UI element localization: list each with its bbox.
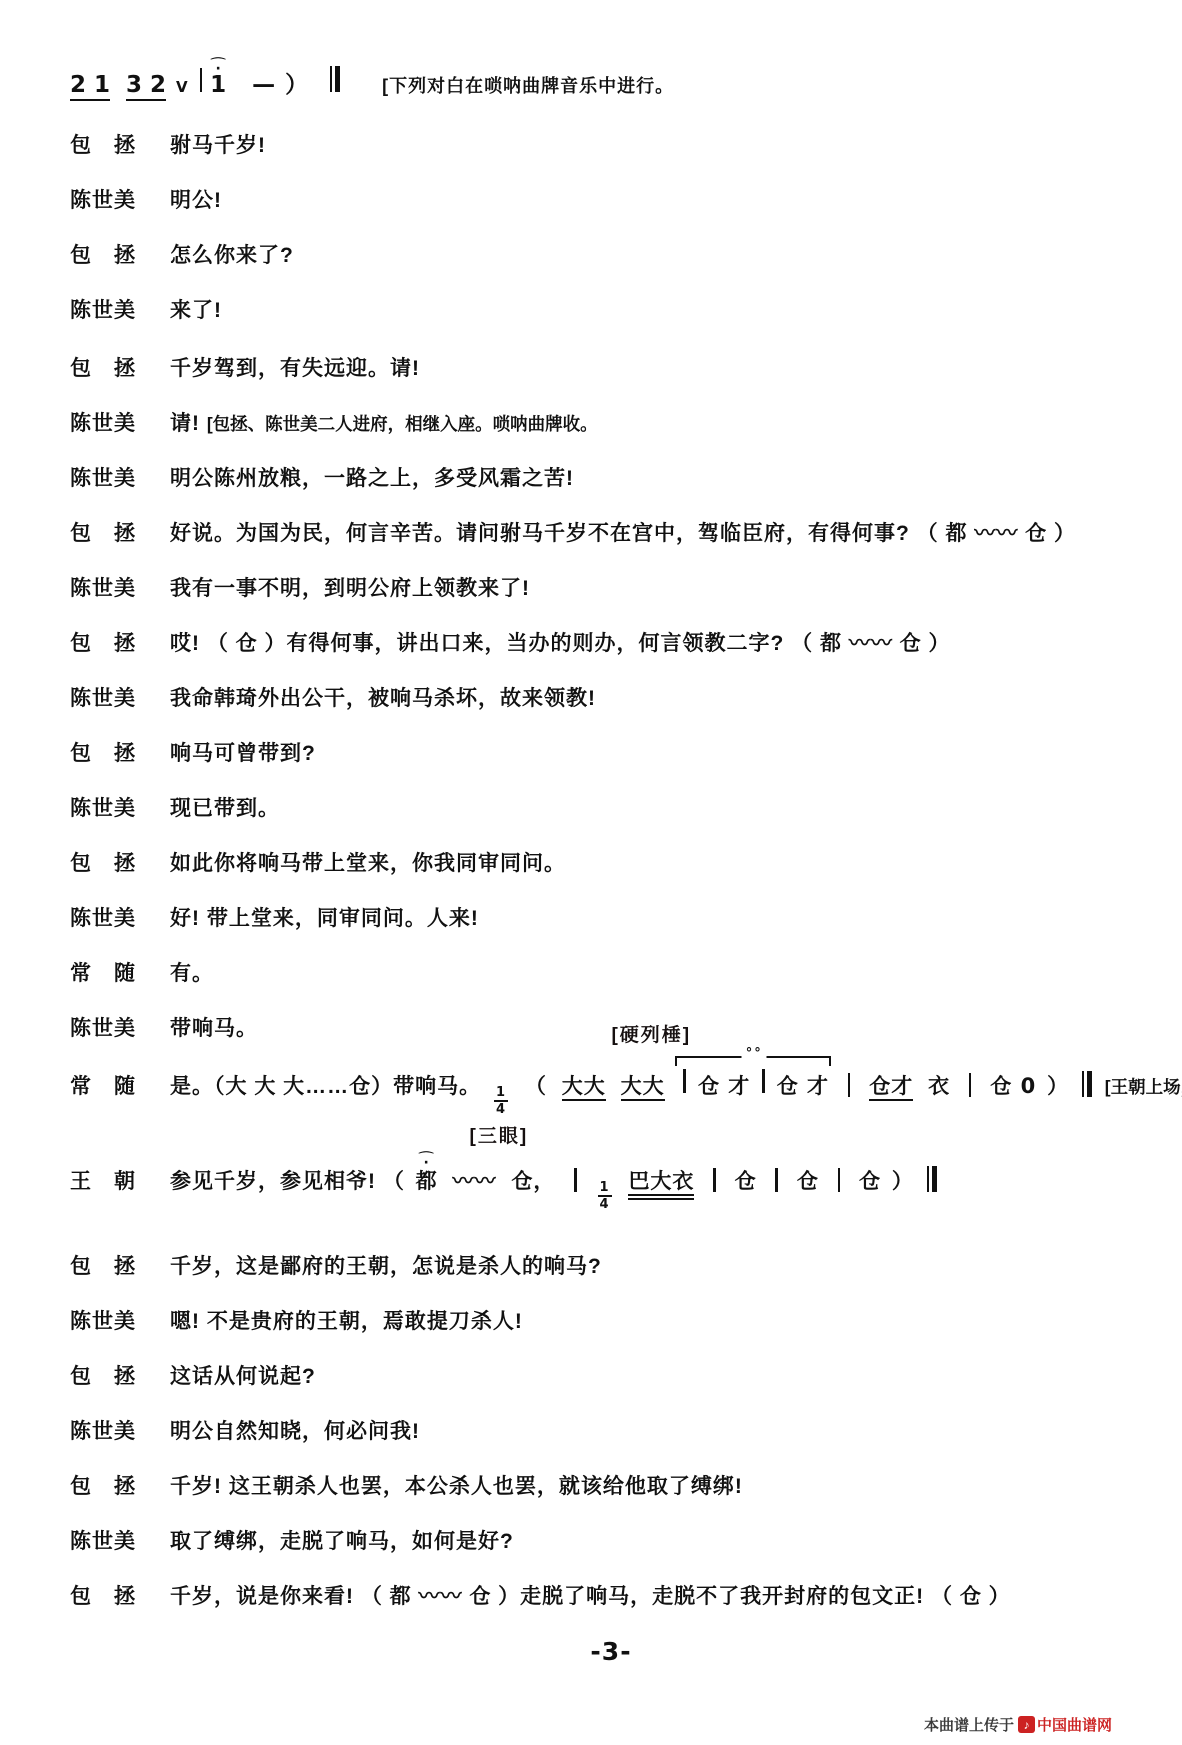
repeat-bracket-group: °° [硬列棰] 仓 才 仓 才 xyxy=(675,1069,833,1101)
dialogue-text: 我命韩琦外出公干，被响马杀坏，故来领教! xyxy=(170,684,596,714)
speaker-name: 陈世美 xyxy=(70,1014,170,1044)
page-number: -3- xyxy=(70,1637,1152,1666)
dialogue-text-part: 参见千岁，参见相爷! （ xyxy=(170,1170,405,1193)
music-dialogue-row: 常 随 是。（大 大 大……仓）带响马。 1 4 （ 大大 大大 °° [硬列棰… xyxy=(70,1069,1152,1116)
speaker-name: 陈世美 xyxy=(70,1307,170,1337)
dialogue-row: 包 拯 怎么你来了? xyxy=(70,241,1152,271)
dialogue-text: 明公陈州放粮，一路之上，多受风霜之苦! xyxy=(170,464,574,494)
dialogue-row: 包 拯 驸马千岁! xyxy=(70,131,1152,161)
dialogue-text: 驸马千岁! xyxy=(170,131,266,161)
barline-icon xyxy=(683,1069,686,1093)
speaker-name: 包 拯 xyxy=(70,1582,170,1612)
barline-icon xyxy=(838,1168,841,1192)
speaker-name: 包 拯 xyxy=(70,1472,170,1502)
dialogue-row: 包 拯 哎! （ 仓 ）有得何事，讲出口来，当办的则办，何言领教二字? （ 都 … xyxy=(70,629,1152,659)
open-paren: （ xyxy=(525,1074,547,1098)
percussion-beat: 大大 xyxy=(621,1074,665,1101)
fermata-dot-icon: · xyxy=(424,1156,430,1170)
qupu-logo-icon: ♪ xyxy=(1018,1716,1035,1733)
held-syllable: ⌒ · 都 xyxy=(416,1166,438,1196)
speaker-name: 陈世美 xyxy=(70,1417,170,1447)
close-paren: ） xyxy=(892,1170,914,1193)
dialogue-text: 带响马。 xyxy=(170,1014,258,1044)
speaker-name: 包 拯 xyxy=(70,849,170,879)
dialogue-row: 包 拯 千岁! 这王朝杀人也罢，本公杀人也罢，就该给他取了缚绑! xyxy=(70,1472,1152,1502)
dialogue-row: 陈世美 现已带到。 xyxy=(70,794,1152,824)
dialogue-text: 怎么你来了? xyxy=(170,241,294,271)
dialogue-text: 千岁，说是你来看! （ 都 〰〰 仓 ）走脱了响马，走脱不了我开封府的包文正! … xyxy=(170,1582,1011,1612)
barline-icon xyxy=(713,1168,716,1192)
dialogue-row: 包 拯 千岁，说是你来看! （ 都 〰〰 仓 ）走脱了响马，走脱不了我开封府的包… xyxy=(70,1582,1152,1612)
percussion-beat: 仓 才 xyxy=(777,1071,829,1101)
sheet-music-page: 2 1 3 2 V ⌒ · 1 — ） [下列对白在唢呐曲牌音乐中进行。 包 拯… xyxy=(0,0,1182,1745)
measure-group: [三眼] 1 4 巴大衣 xyxy=(592,1166,699,1211)
dialogue-row: 包 拯 千岁，这是鄙府的王朝，怎说是杀人的响马? xyxy=(70,1252,1152,1282)
notation-notes: 2 1 xyxy=(70,72,110,101)
dialogue-row: 陈世美 明公陈州放粮，一路之上，多受风霜之苦! xyxy=(70,464,1152,494)
speaker-name: 包 拯 xyxy=(70,1362,170,1392)
duration-dash: — xyxy=(252,72,275,98)
dialogue-row: 陈世美 请! [包拯、陈世美二人进府，相继入座。唢呐曲牌收。 xyxy=(70,409,1152,439)
percussion-beat: 仓 xyxy=(797,1169,819,1193)
speaker-name: 常 随 xyxy=(70,959,170,989)
pattern-label: [三眼] xyxy=(470,1122,529,1152)
dialogue-row: 包 拯 好说。为国为民，何言辛苦。请问驸马千岁不在宫中，驾临臣府，有得何事? （… xyxy=(70,519,1152,549)
dialogue-text: 响马可曾带到? xyxy=(170,739,316,769)
speaker-name: 包 拯 xyxy=(70,739,170,769)
barline-icon xyxy=(762,1069,765,1093)
dialogue-row: 包 拯 这话从何说起? xyxy=(70,1362,1152,1392)
speaker-name: 王 朝 xyxy=(70,1167,170,1197)
time-signature: 1 4 xyxy=(494,1086,508,1116)
dialogue-text: 请! [包拯、陈世美二人进府，相继入座。唢呐曲牌收。 xyxy=(170,409,598,439)
stage-annotation: [下列对白在唢呐曲牌音乐中进行。 xyxy=(382,72,674,98)
percussion-beat: 巴大衣 xyxy=(628,1169,694,1200)
notation-notes: 3 2 xyxy=(126,72,166,101)
dialogue-text-part: 是。（大 大 大……仓）带响马。 xyxy=(170,1075,481,1098)
speaker-name: 陈世美 xyxy=(70,409,170,439)
speaker-name: 常 随 xyxy=(70,1072,170,1102)
barline-icon xyxy=(775,1168,778,1192)
dialogue-text: 如此你将响马带上堂来，你我同审同问。 xyxy=(170,849,566,879)
dialogue-text: 哎! （ 仓 ）有得何事，讲出口来，当办的则办，何言领教二字? （ 都 〰〰 仓… xyxy=(170,629,951,659)
held-note: ⌒ · 1 xyxy=(210,72,226,98)
watermark-site: 中国曲谱网 xyxy=(1037,1714,1112,1735)
barline-icon xyxy=(969,1073,972,1097)
percussion-beat: 仓才 xyxy=(869,1074,913,1101)
time-signature: 1 4 xyxy=(598,1181,612,1211)
dialogue-text: 千岁驾到，有失远迎。请! xyxy=(170,354,420,384)
dialogue-row: 常 随 有。 xyxy=(70,959,1152,989)
speaker-name: 陈世美 xyxy=(70,794,170,824)
speaker-name: 陈世美 xyxy=(70,904,170,934)
barline-icon xyxy=(848,1073,851,1097)
percussion-beat: 衣 xyxy=(928,1074,950,1098)
speaker-name: 包 拯 xyxy=(70,131,170,161)
dialogue-row: 陈世美 取了缚绑，走脱了响马，如何是好? xyxy=(70,1527,1152,1557)
dialogue-row: 陈世美 我有一事不明，到明公府上领教来了! xyxy=(70,574,1152,604)
speaker-name: 包 拯 xyxy=(70,629,170,659)
dialogue-row: 陈世美 来了! xyxy=(70,296,1152,326)
percussion-beat: 仓 xyxy=(735,1169,757,1193)
stage-direction: [包拯、陈世美二人进府，相继入座。唢呐曲牌收。 xyxy=(207,414,598,434)
dialogue-row: 包 拯 响马可曾带到? xyxy=(70,739,1152,769)
repeat-dots: °° xyxy=(742,1047,767,1060)
stage-direction: [王朝上场，跪。 xyxy=(1105,1077,1182,1097)
close-paren: ） xyxy=(285,66,308,99)
percussion-beat: 仓 才 xyxy=(698,1071,750,1101)
percussion-beat: 仓 0 xyxy=(990,1074,1036,1098)
percussion-beat: 仓， xyxy=(511,1169,555,1193)
dialogue-row: 陈世美 嗯! 不是贵府的王朝，焉敢提刀杀人! xyxy=(70,1307,1152,1337)
barline-icon xyxy=(574,1168,577,1192)
dialogue-text: 参见千岁，参见相爷! （ ⌒ · 都 〰〰 仓， [三眼] 1 4 巴大衣 仓 … xyxy=(170,1166,943,1211)
dialogue-text: 取了缚绑，走脱了响马，如何是好? xyxy=(170,1527,514,1557)
watermark: 本曲谱上传于 ♪ 中国曲谱网 xyxy=(924,1714,1112,1735)
percussion-beat: 都 xyxy=(416,1169,438,1193)
dialogue-row: 陈世美 好! 带上堂来，同审同问。人来! xyxy=(70,904,1152,934)
dialogue-text: 明公! xyxy=(170,186,222,216)
percussion-beat: 仓 xyxy=(859,1169,881,1193)
dialogue-text: 现已带到。 xyxy=(170,794,280,824)
speaker-name: 陈世美 xyxy=(70,574,170,604)
dialogue-text: 千岁! 这王朝杀人也罢，本公杀人也罢，就该给他取了缚绑! xyxy=(170,1472,743,1502)
final-barline-icon xyxy=(330,66,340,92)
dialogue-text: 明公自然知晓，何必问我! xyxy=(170,1417,420,1447)
dialogue-text: 这话从何说起? xyxy=(170,1362,316,1392)
dialogue-row: 包 拯 如此你将响马带上堂来，你我同审同问。 xyxy=(70,849,1152,879)
music-notation-line: 2 1 3 2 V ⌒ · 1 — ） [下列对白在唢呐曲牌音乐中进行。 xyxy=(70,66,1152,101)
close-paren: ） xyxy=(1047,1075,1069,1098)
dialogue-row: 陈世美 明公自然知晓，何必问我! xyxy=(70,1417,1152,1447)
watermark-prefix: 本曲谱上传于 xyxy=(924,1714,1014,1735)
speaker-name: 陈世美 xyxy=(70,684,170,714)
speaker-name: 陈世美 xyxy=(70,186,170,216)
dialogue-text: 好说。为国为民，何言辛苦。请问驸马千岁不在宫中，驾临臣府，有得何事? （ 都 〰… xyxy=(170,519,1076,549)
speaker-name: 包 拯 xyxy=(70,519,170,549)
final-barline-icon xyxy=(1082,1071,1092,1097)
dialogue-text: 嗯! 不是贵府的王朝，焉敢提刀杀人! xyxy=(170,1307,523,1337)
dialogue-text: 是。（大 大 大……仓）带响马。 1 4 （ 大大 大大 °° [硬列棰] 仓 … xyxy=(170,1069,1182,1116)
speaker-name: 包 拯 xyxy=(70,1252,170,1282)
dialogue-row: 陈世美 明公! xyxy=(70,186,1152,216)
dialogue-row: 陈世美 我命韩琦外出公干，被响马杀坏，故来领教! xyxy=(70,684,1152,714)
fermata-dot-icon: · xyxy=(215,62,220,76)
dialogue-text: 来了! xyxy=(170,296,222,326)
music-dialogue-row: 王 朝 参见千岁，参见相爷! （ ⌒ · 都 〰〰 仓， [三眼] 1 4 巴大… xyxy=(70,1166,1152,1211)
speaker-name: 陈世美 xyxy=(70,464,170,494)
pattern-label: [硬列棰] xyxy=(611,1021,691,1051)
dialogue-row: 包 拯 千岁驾到，有失远迎。请! xyxy=(70,354,1152,384)
percussion-beat: 大大 xyxy=(562,1074,606,1101)
speaker-name: 包 拯 xyxy=(70,354,170,384)
speaker-name: 陈世美 xyxy=(70,296,170,326)
dialogue-text: 我有一事不明，到明公府上领教来了! xyxy=(170,574,530,604)
breath-mark: V xyxy=(176,78,188,96)
dialogue-text-part: 请! xyxy=(170,412,200,435)
dialogue-text: 有。 xyxy=(170,959,214,989)
speaker-name: 包 拯 xyxy=(70,241,170,271)
barline-icon xyxy=(200,68,203,92)
roll-wave: 〰〰 xyxy=(453,1169,497,1193)
final-barline-icon xyxy=(927,1166,937,1192)
speaker-name: 陈世美 xyxy=(70,1527,170,1557)
dialogue-text: 好! 带上堂来，同审同问。人来! xyxy=(170,904,479,934)
dialogue-text: 千岁，这是鄙府的王朝，怎说是杀人的响马? xyxy=(170,1252,602,1282)
